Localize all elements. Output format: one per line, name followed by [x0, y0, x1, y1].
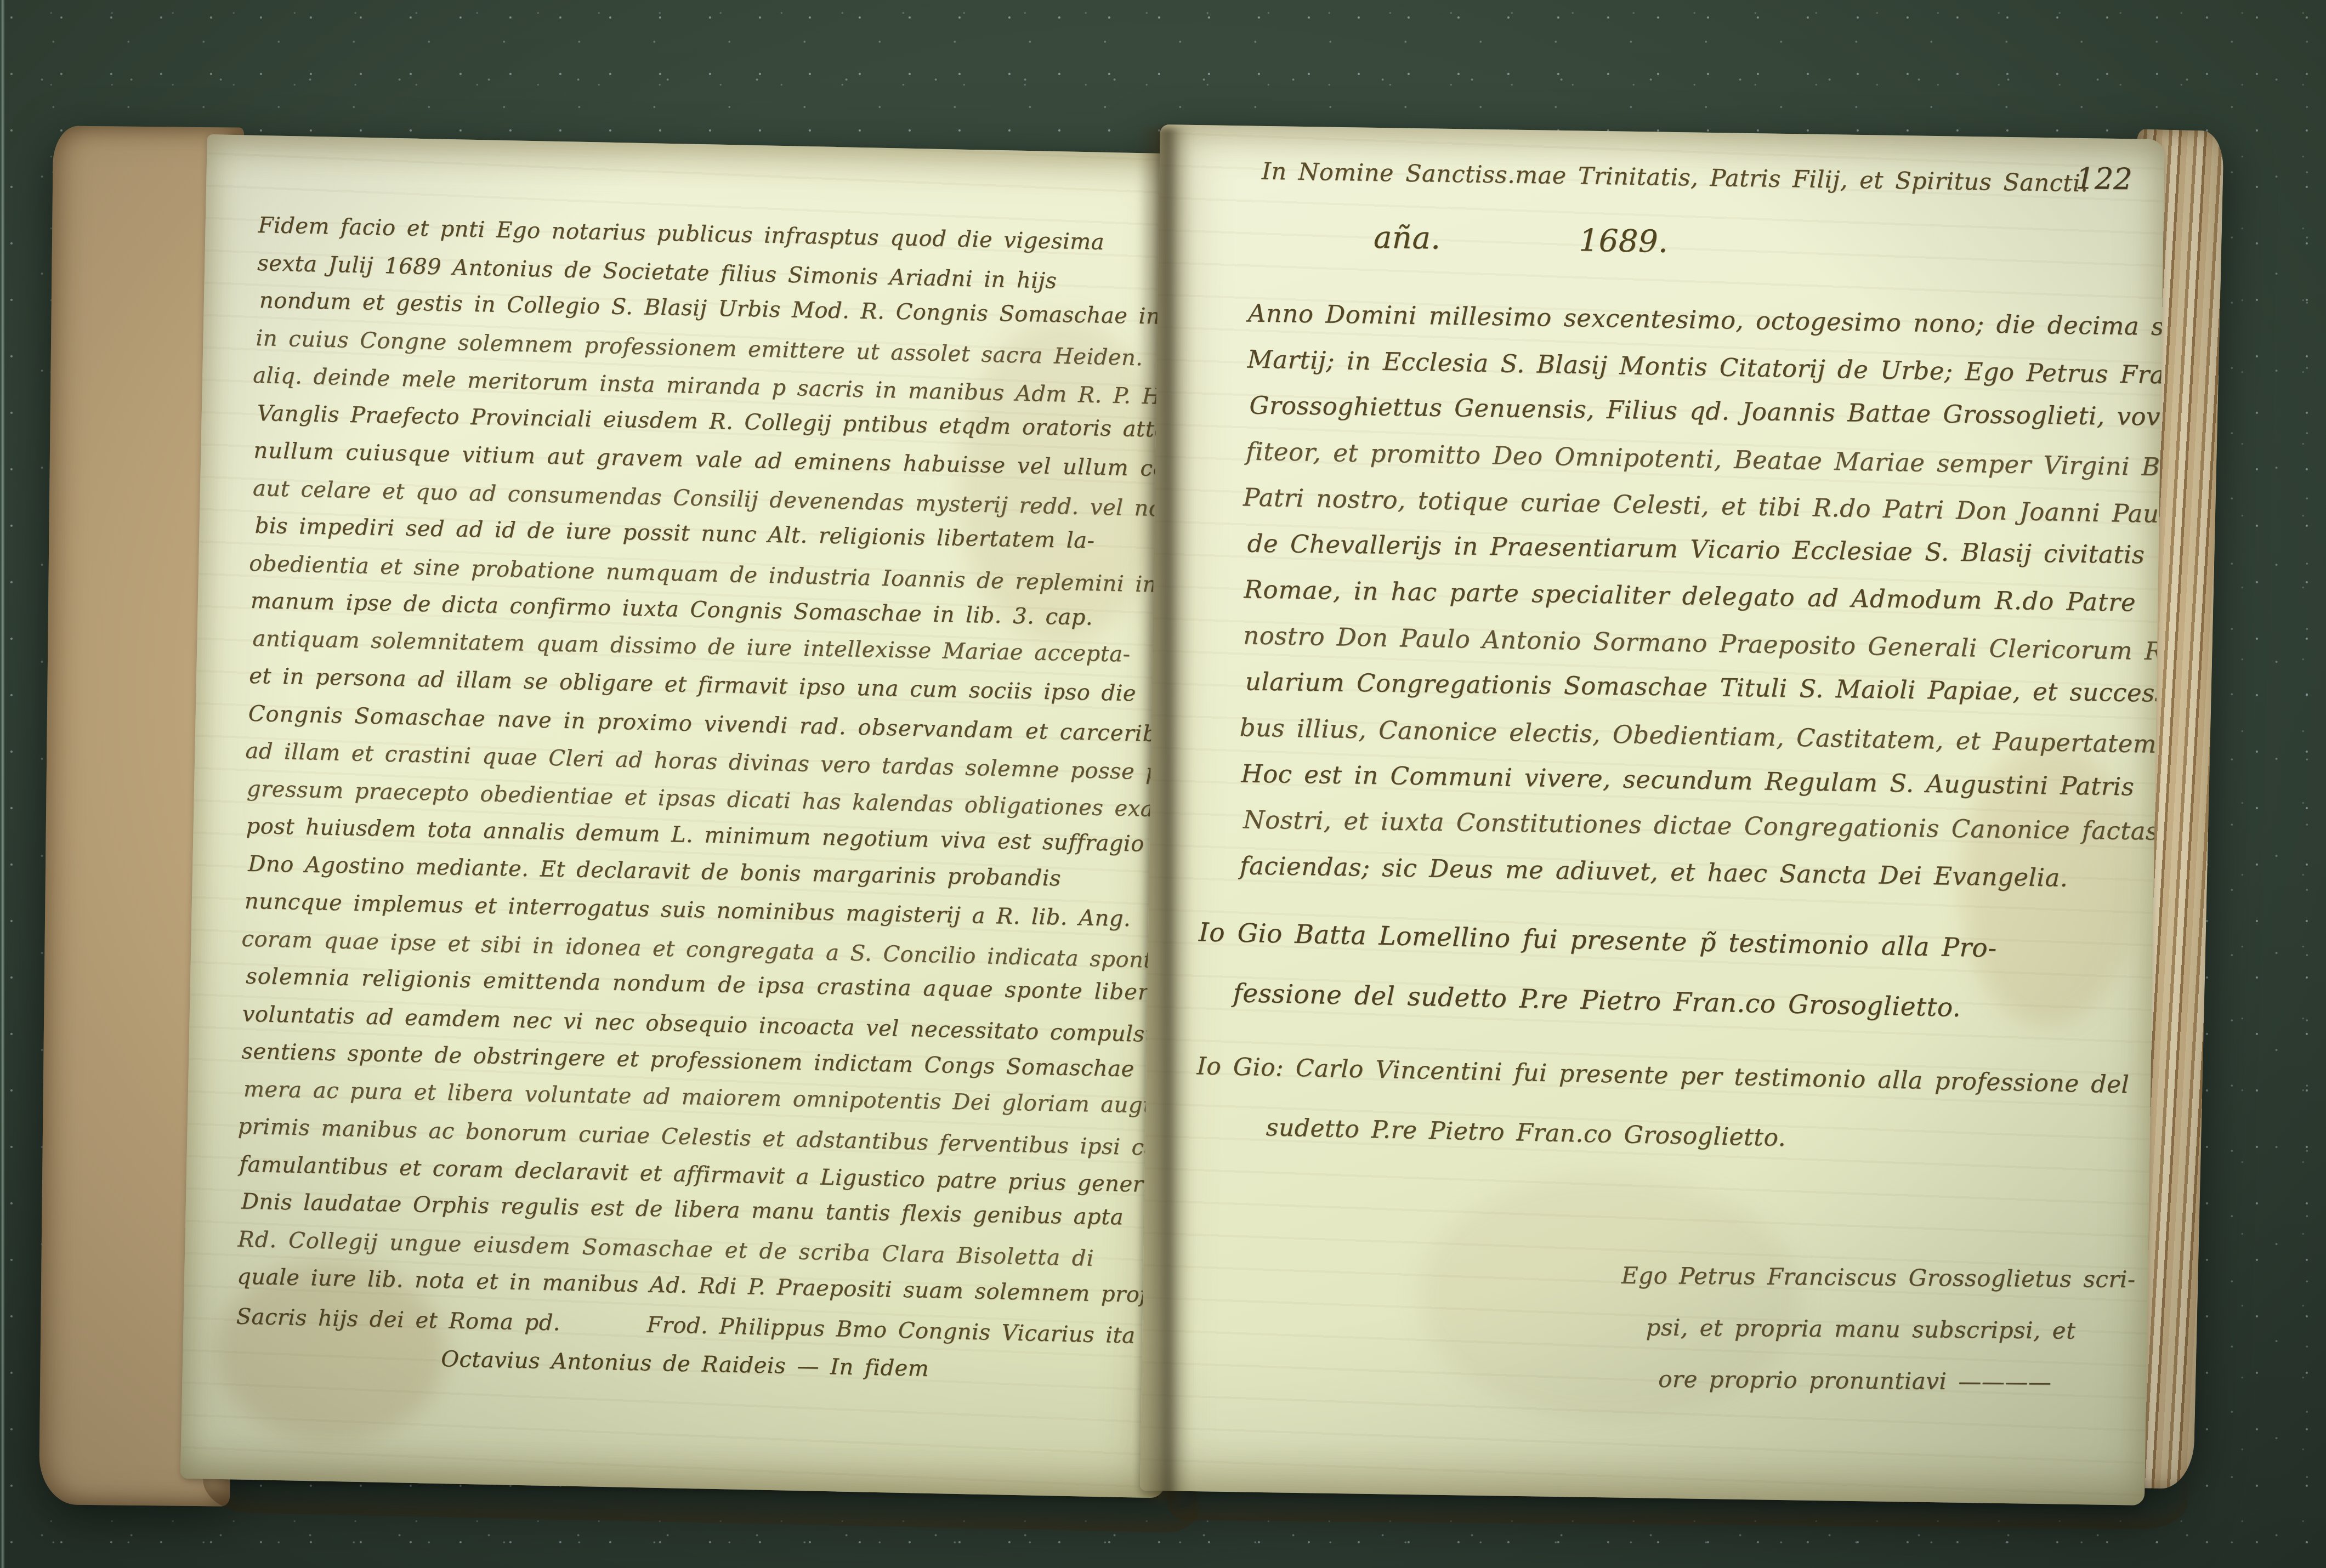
left-page-text: Fidem facio et pnti Ego notarius publicu…	[235, 207, 1158, 1392]
signature-line: psi, et propria manu subscripsi, et	[1646, 1302, 2147, 1357]
background-seam	[0, 0, 5, 1568]
open-book: Fidem facio et pnti Ego notarius publicu…	[38, 118, 2218, 1530]
anno-year: 1689.	[1579, 223, 1669, 259]
witness-statement-2: Io Gio: Carlo Vincentini fui presente pe…	[1195, 1036, 2140, 1171]
closing-text: Sacris hijs dei et Roma pd.	[236, 1298, 561, 1342]
witness-statement-1: Io Gio Batta Lomellino fui presente p̃ t…	[1198, 902, 2142, 1037]
left-page: Fidem facio et pnti Ego notarius publicu…	[180, 134, 1192, 1498]
photo-background: Fidem facio et pnti Ego notarius publicu…	[0, 0, 2326, 1568]
signature-line: ore proprio pronuntiavi ————	[1658, 1354, 2147, 1409]
anno-label: aña.	[1374, 220, 1442, 257]
right-page: 122 In Nomine Sanctiss.mae Trinitatis, P…	[1140, 124, 2165, 1505]
signature-line: Ego Petrus Franciscus Grossoglietus scri…	[1621, 1250, 2148, 1306]
invocation-header: In Nomine Sanctiss.mae Trinitatis, Patri…	[1252, 158, 2097, 198]
professed-signature-block: Ego Petrus Franciscus Grossoglietus scri…	[1619, 1250, 2148, 1412]
profession-text: Anno Domini millesimo sexcentesimo, octo…	[1239, 290, 2153, 902]
gutter-shadow	[1138, 128, 1192, 1501]
anno-row: aña. 1689.	[1374, 220, 1669, 260]
